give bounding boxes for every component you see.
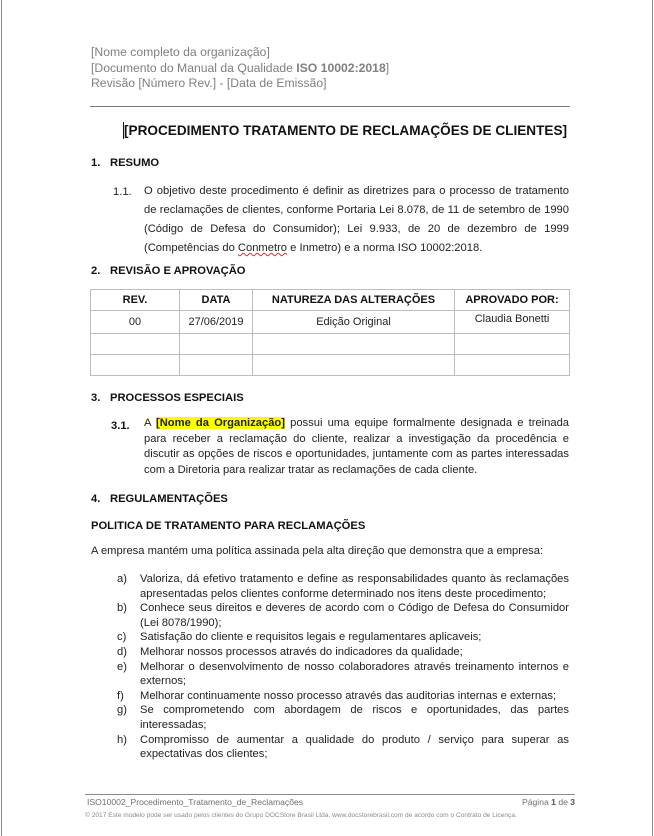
policy-heading: POLITICA DE TRATAMENTO PARA RECLAMAÇÕES [91, 520, 365, 532]
list-item-text: Se comprometendo com abordagem de riscos… [140, 704, 569, 731]
list-marker: h) [117, 733, 127, 748]
col-aprovado: APROVADO POR: [455, 290, 570, 311]
list-item: b)Conhece seus direitos e deveres de aco… [117, 601, 569, 630]
list-item-text: Conhece seus direitos e deveres de acord… [140, 602, 569, 629]
section-2-heading: 2.REVISÃO E APROVAÇÃO [91, 265, 246, 277]
list-marker: c) [117, 630, 126, 645]
section-4-heading: 4.REGULAMENTAÇÕES [91, 493, 228, 505]
table-header-row: REV. DATA NATUREZA DAS ALTERAÇÕES APROVA… [91, 290, 570, 311]
list-marker: a) [117, 572, 127, 587]
list-item-text: Compromisso de aumentar a qualidade do p… [140, 734, 569, 761]
cell[interactable] [253, 334, 455, 355]
cell[interactable]: Edição Original [253, 311, 455, 334]
clause-3-1-number: 3.1. [111, 420, 130, 432]
header-doc-line: [Documento do Manual da Qualidade ISO 10… [91, 61, 389, 77]
header-revision-line: Revisão [Número Rev.] - [Data de Emissão… [91, 76, 389, 92]
page-edge-right [652, 0, 653, 836]
page-edge-left [1, 0, 2, 836]
section-1-heading: 1.RESUMO [91, 157, 159, 169]
section-3-heading: 3.PROCESSOS ESPECIAIS [91, 392, 244, 404]
cell[interactable] [455, 334, 570, 355]
document-header: [Nome completo da organização] [Document… [91, 45, 389, 92]
list-item-text: Melhorar o desenvolvimento de nosso cola… [140, 661, 569, 688]
clause-1-1-text: O objetivo deste procedimento é definir … [144, 182, 569, 258]
footer-page-number: Página 1 de 3 [522, 797, 575, 807]
cell[interactable] [91, 334, 180, 355]
clause-1-1-number: 1.1. [113, 186, 132, 198]
cell[interactable]: 27/06/2019 [180, 311, 253, 334]
header-standard: ISO 10002:2018 [296, 61, 385, 75]
cell[interactable] [180, 355, 253, 376]
list-marker: b) [117, 601, 127, 616]
list-item: g)Se comprometendo com abordagem de risc… [117, 703, 569, 732]
list-item: f)Melhorar continuamente nosso processo … [117, 689, 569, 704]
cell[interactable] [91, 355, 180, 376]
cell[interactable] [455, 355, 570, 376]
policy-list: a)Valoriza, dá efetivo tratamento e defi… [117, 572, 569, 762]
header-org-name: [Nome completo da organização] [91, 45, 389, 61]
clause-3-1-text: A [Nome da Organização] possui uma equip… [144, 416, 569, 478]
footer-filename: ISO10002_Procedimento_Tratamento_de_Recl… [87, 797, 303, 807]
revision-table: REV. DATA NATUREZA DAS ALTERAÇÕES APROVA… [90, 289, 570, 376]
misspelled-word[interactable]: Conmetro [238, 242, 287, 254]
list-item-text: Satisfação do cliente e requisitos legai… [140, 631, 481, 643]
policy-intro: A empresa mantém uma política assinada p… [91, 543, 571, 559]
org-name-placeholder[interactable]: [Nome da Organização] [156, 417, 285, 429]
table-row: 00 27/06/2019 Edição Original Claudia Bo… [91, 311, 570, 334]
list-item: c)Satisfação do cliente e requisitos leg… [117, 630, 569, 645]
list-item: h)Compromisso de aumentar a qualidade do… [117, 733, 569, 762]
list-item: a)Valoriza, dá efetivo tratamento e defi… [117, 572, 569, 601]
list-item-text: Melhorar continuamente nosso processo at… [140, 690, 556, 702]
table-row [91, 355, 570, 376]
col-rev: REV. [91, 290, 180, 311]
document-title[interactable]: [PROCEDIMENTO TRATAMENTO DE RECLAMAÇÕES … [124, 123, 567, 138]
list-marker: d) [117, 645, 127, 660]
list-item-text: Melhorar nossos processos através do ind… [140, 646, 463, 658]
cell[interactable]: Claudia Bonetti [455, 311, 570, 334]
list-marker: g) [117, 703, 127, 718]
col-natureza: NATUREZA DAS ALTERAÇÕES [253, 290, 455, 311]
list-marker: e) [117, 660, 127, 675]
table-row [91, 334, 570, 355]
cell[interactable]: 00 [91, 311, 180, 334]
cell[interactable] [180, 334, 253, 355]
list-item: d)Melhorar nossos processos através do i… [117, 645, 569, 660]
list-item: e)Melhorar o desenvolvimento de nosso co… [117, 660, 569, 689]
footer-copyright: © 2017 Este modelo pode ser usado pelos … [85, 812, 517, 819]
cell[interactable] [253, 355, 455, 376]
col-data: DATA [180, 290, 253, 311]
list-item-text: Valoriza, dá efetivo tratamento e define… [140, 573, 569, 600]
list-marker: f) [117, 689, 124, 704]
footer-divider [85, 794, 575, 795]
header-divider [90, 106, 570, 107]
